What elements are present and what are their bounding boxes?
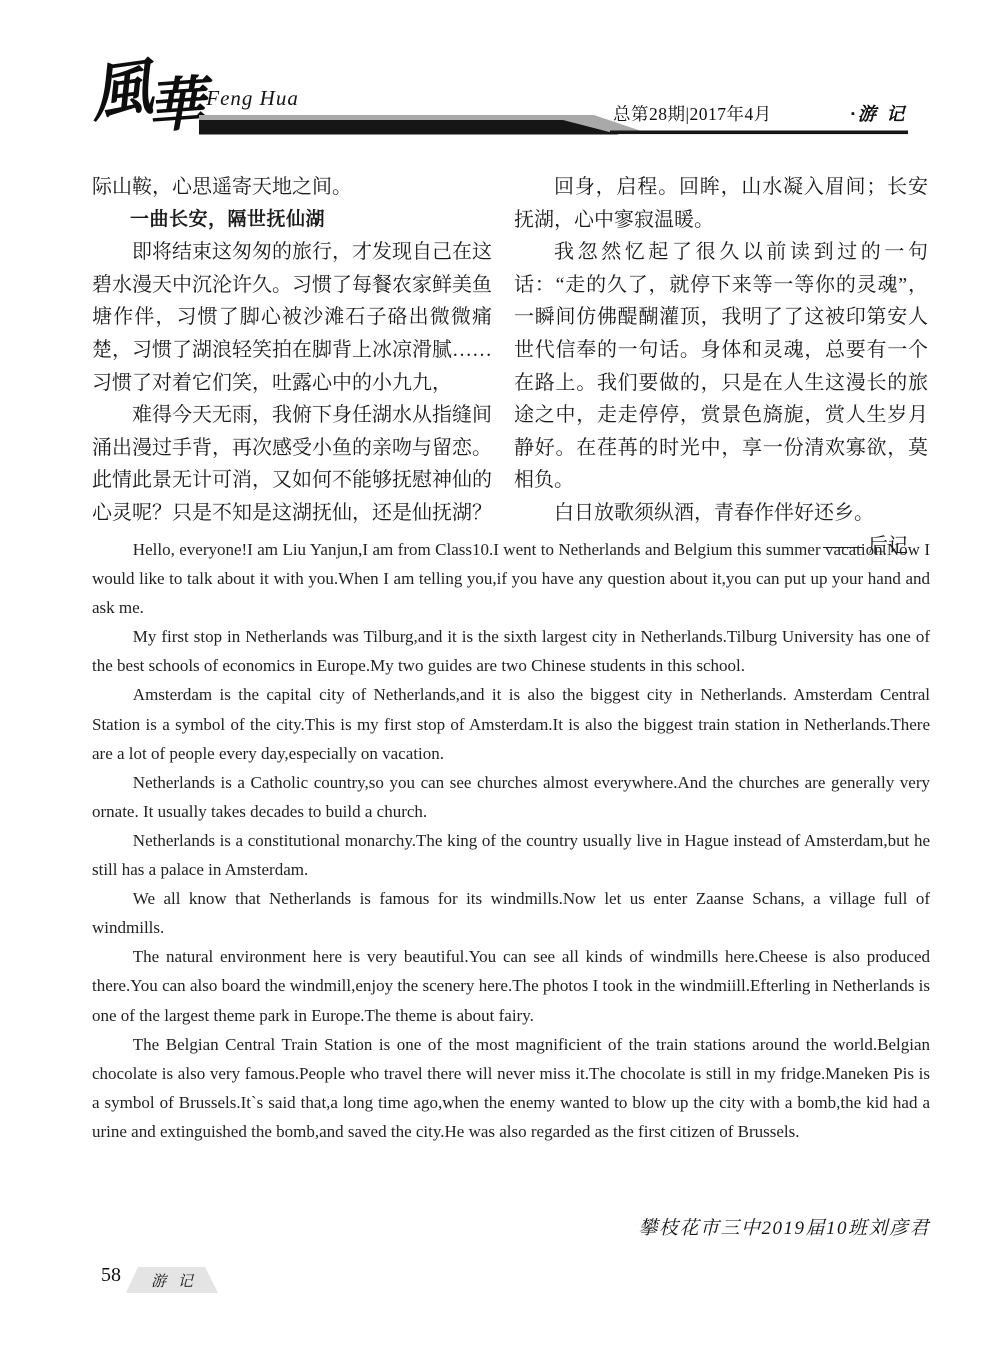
en-paragraph: Amsterdam is the capital city of Netherl… xyxy=(92,680,930,767)
en-paragraph: We all know that Netherlands is famous f… xyxy=(92,884,930,942)
cn-paragraph: 我忽然忆起了很久以前读到过的一句话：“走的久了，就停下来等一等你的灵魂”，一瞬间… xyxy=(514,236,928,497)
cn-paragraph: 即将结束这匆匆的旅行，才发现自己在这碧水漫天中沉沦许久。习惯了每餐农家鲜美鱼塘作… xyxy=(92,236,492,399)
page-number: 58 xyxy=(101,1264,121,1287)
chinese-column-right: 回身，启程。回眸，山水凝入眉间；长安抚湖，心中寥寂温暖。 我忽然忆起了很久以前读… xyxy=(514,171,928,562)
en-paragraph: The natural environment here is very bea… xyxy=(92,942,930,1029)
en-paragraph: Hello, everyone!I am Liu Yanjun,I am fro… xyxy=(92,535,930,622)
author-signature: 攀枝花市三中2019届10班刘彦君 xyxy=(92,1213,930,1240)
cn-paragraph: 难得今天无雨，我俯下身任湖水从指缝间涌出漫过手背，再次感受小鱼的亲吻与留恋。此情… xyxy=(92,399,492,529)
cn-paragraph: 回身，启程。回眸，山水凝入眉间；长安抚湖，心中寥寂温暖。 xyxy=(514,171,928,236)
chinese-column-left: 际山鞍，心思遥寄天地之间。 一曲长安，隔世抚仙湖 即将结束这匆匆的旅行，才发现自… xyxy=(92,171,492,530)
en-paragraph: My first stop in Netherlands was Tilburg… xyxy=(92,622,930,680)
magazine-page: 風 華 ·Feng Hua 总第28期|2017年4月 ▪游 记 际山鞍，心思遥… xyxy=(0,0,1000,1357)
header-section-label: 游 记 xyxy=(858,104,908,124)
cn-poem-line: 白日放歌须纵酒，青春作伴好还乡。 xyxy=(514,497,928,530)
header-section-tag: ▪游 记 xyxy=(851,100,907,126)
en-paragraph: The Belgian Central Train Station is one… xyxy=(92,1030,930,1146)
cn-continuation-line: 际山鞍，心思遥寄天地之间。 xyxy=(92,171,492,204)
issue-info: 总第28期|2017年4月 xyxy=(613,101,772,126)
en-paragraph: Netherlands is a Catholic country,so you… xyxy=(92,768,930,826)
square-bullet-icon: ▪ xyxy=(851,108,855,120)
english-essay: Hello, everyone!I am Liu Yanjun,I am fro… xyxy=(92,535,930,1146)
footer-section-tag: 游 记 xyxy=(126,1267,218,1293)
cn-subheading: 一曲长安，隔世抚仙湖 xyxy=(92,204,492,237)
header-rule-graphic xyxy=(0,0,1000,145)
footer-section-label: 游 记 xyxy=(147,1270,197,1291)
en-paragraph: Netherlands is a constitutional monarchy… xyxy=(92,826,930,884)
